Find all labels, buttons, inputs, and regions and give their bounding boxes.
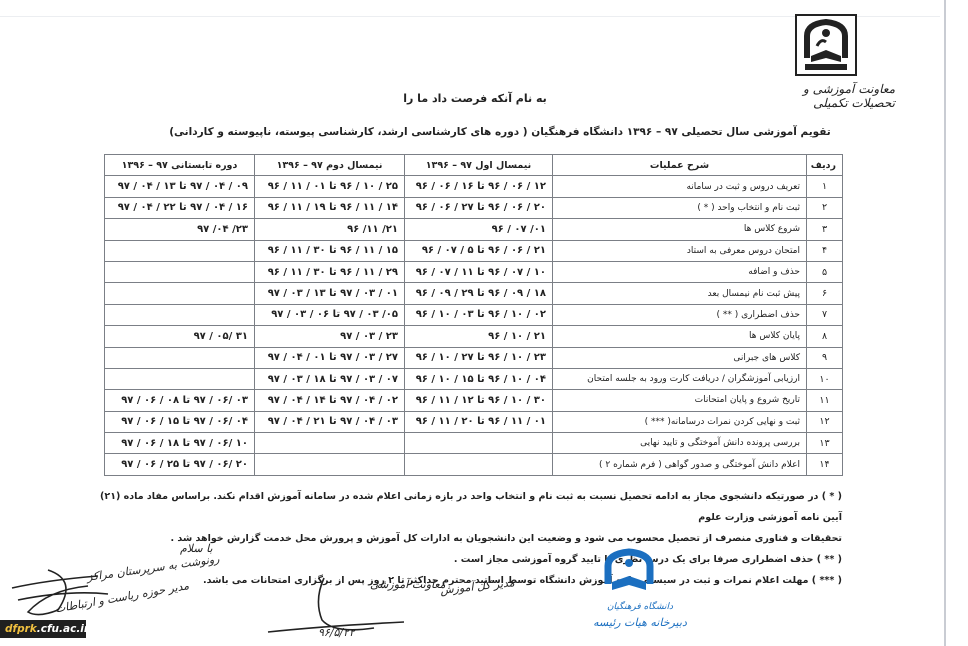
semester-1-date: ۰۴ / ۱۰ / ۹۶ تا ۱۵ / ۱۰ / ۹۶	[405, 368, 553, 389]
row-description: پایان کلاس ها	[553, 326, 807, 347]
invocation-heading: به نام آنکه فرصت داد ما را	[340, 92, 610, 105]
stamp-line-2: دبیرخانه هیات رئیسه	[585, 615, 695, 630]
department-caption: معاونت آموزشی و تحصیلات تکمیلی	[760, 82, 895, 110]
header-summer-term: دوره تابستانی ۹۷ – ۱۳۹۶	[105, 155, 255, 176]
table-row: ۱۰ ارزیابی آموزشگران / دریافت کارت ورود …	[105, 368, 843, 389]
summer-date	[105, 304, 255, 325]
signature-name-middle: معاونت آموزشی	[370, 578, 446, 591]
row-number: ۳	[807, 219, 843, 240]
header-semester-1: نیمسال اول ۹۷ – ۱۳۹۶	[405, 155, 553, 176]
footnote-1-line-1: ( * ) در صورتیکه دانشجوی مجاز به ادامه ت…	[100, 486, 842, 528]
row-number: ۴	[807, 240, 843, 261]
semester-2-date: ۲۷ / ۰۳ / ۹۷ تا ۰۱ / ۰۴ / ۹۷	[255, 347, 405, 368]
watermark-part-1: dfprk	[5, 623, 37, 635]
row-description: اعلام دانش آموختگی و صدور گواهی ( فرم شم…	[553, 454, 807, 475]
watermark-part-2: .cfu.ac.ir	[37, 623, 89, 635]
table-row: ۳ شروع کلاس ها ۰۱/ ۰۷ / ۹۶ ۲۱/ ۱۱/ ۹۶ ۲۳…	[105, 219, 843, 240]
stamp-line-1: دانشگاه فرهنگیان	[585, 600, 695, 615]
summer-date: ۱۶ / ۰۴ / ۹۷ تا ۲۲ / ۰۴ / ۹۷	[105, 197, 255, 218]
table-row: ۱۱ تاریخ شروع و پایان امتحانات ۳۰ / ۱۰ /…	[105, 390, 843, 411]
semester-1-date: ۲۰ / ۰۶ / ۹۶ تا ۲۷ / ۰۶ / ۹۶	[405, 197, 553, 218]
semester-2-date: ۰۲ / ۰۴ / ۹۷ تا ۱۴ / ۰۴ / ۹۷	[255, 390, 405, 411]
semester-2-date: ۱۵ / ۱۱ / ۹۶ تا ۳۰ / ۱۱ / ۹۶	[255, 240, 405, 261]
row-number: ۸	[807, 326, 843, 347]
table-row: ۱۲ ثبت و نهایی کردن نمرات درسامانه( *** …	[105, 411, 843, 432]
page-edge-rule	[944, 0, 946, 646]
semester-1-date: ۰۱/ ۰۷ / ۹۶	[405, 219, 553, 240]
semester-1-date: ۱۲ / ۰۶ / ۹۶ تا ۱۶ / ۰۶ / ۹۶	[405, 176, 553, 197]
semester-2-date: ۰۳ / ۰۴ / ۹۷ تا ۲۱ / ۰۴ / ۹۷	[255, 411, 405, 432]
summer-date: ۰۹ / ۰۴ / ۹۷ تا ۱۳ / ۰۴ / ۹۷	[105, 176, 255, 197]
university-logo	[795, 14, 857, 76]
row-number: ۱۲	[807, 411, 843, 432]
row-description: پیش ثبت نام نیمسال بعد	[553, 283, 807, 304]
site-watermark: dfprk.cfu.ac.ir	[0, 620, 86, 638]
summer-date	[105, 240, 255, 261]
header-description: شرح عملیات	[553, 155, 807, 176]
semester-1-date: ۲۳ / ۱۰ / ۹۶ تا ۲۷ / ۱۰ / ۹۶	[405, 347, 553, 368]
table-row: ۲ ثبت نام و انتخاب واحد ( * ) ۲۰ / ۰۶ / …	[105, 197, 843, 218]
row-description: امتحان دروس معرفی به استاد	[553, 240, 807, 261]
header-semester-2: نیمسال دوم ۹۷ – ۱۳۹۶	[255, 155, 405, 176]
table-row: ۴ امتحان دروس معرفی به استاد ۲۱ / ۰۶ / ۹…	[105, 240, 843, 261]
row-number: ۶	[807, 283, 843, 304]
row-number: ۱۳	[807, 433, 843, 454]
semester-1-date: ۲۱ / ۰۶ / ۹۶ تا ۵ / ۰۷ / ۹۶	[405, 240, 553, 261]
summer-date	[105, 347, 255, 368]
semester-1-date: ۰۱ / ۱۱ / ۹۶ تا ۲۰ / ۱۱ / ۹۶	[405, 411, 553, 432]
summer-date: ۱۰ /۰۶ / ۹۷ تا ۱۸ / ۰۶ / ۹۷	[105, 433, 255, 454]
logo-emblem-icon	[797, 16, 855, 74]
row-number: ۱۴	[807, 454, 843, 475]
summer-date	[105, 261, 255, 282]
summer-date: ۲۳/ ۰۴/ ۹۷	[105, 219, 255, 240]
semester-1-date: ۱۰ / ۰۷ / ۹۶ تا ۱۱ / ۰۷ / ۹۶	[405, 261, 553, 282]
row-description: ارزیابی آموزشگران / دریافت کارت ورود به …	[553, 368, 807, 389]
signature-scribble-left-icon	[8, 560, 118, 620]
table-header-row: ردیف شرح عملیات نیمسال اول ۹۷ – ۱۳۹۶ نیم…	[105, 155, 843, 176]
summer-date	[105, 283, 255, 304]
table-row: ۶ پیش ثبت نام نیمسال بعد ۱۸ / ۰۹ / ۹۶ تا…	[105, 283, 843, 304]
document-title: تقویم آموزشی سال تحصیلی ۹۷ – ۱۳۹۶ دانشگا…	[150, 126, 850, 138]
semester-2-date: ۲۵ / ۱۰ / ۹۶ تا ۰۱ / ۱۱ / ۹۶	[255, 176, 405, 197]
academic-calendar-table: ردیف شرح عملیات نیمسال اول ۹۷ – ۱۳۹۶ نیم…	[104, 154, 843, 476]
semester-1-date: ۳۰ / ۱۰ / ۹۶ تا ۱۲ / ۱۱ / ۹۶	[405, 390, 553, 411]
summer-date: ۳۱ /۰۵ / ۹۷	[105, 326, 255, 347]
signature-date: ۹۶/۵/۲۲	[318, 626, 355, 639]
table-row: ۱ تعریف دروس و ثبت در سامانه ۱۲ / ۰۶ / ۹…	[105, 176, 843, 197]
row-number: ۹	[807, 347, 843, 368]
summer-date: ۰۳ /۰۶ / ۹۷ تا ۰۸ / ۰۶ / ۹۷	[105, 390, 255, 411]
summer-date: ۰۴ /۰۶ / ۹۷ تا ۱۵ / ۰۶ / ۹۷	[105, 411, 255, 432]
table-row: ۷ حذف اضطراری ( ** ) ۰۲ / ۱۰ / ۹۶ تا ۰۳ …	[105, 304, 843, 325]
semester-2-date: ۱۴ / ۱۱ / ۹۶ تا ۱۹ / ۱۱ / ۹۶	[255, 197, 405, 218]
semester-1-date	[405, 433, 553, 454]
semester-2-date	[255, 433, 405, 454]
semester-2-date: ۲۱/ ۱۱/ ۹۶	[255, 219, 405, 240]
row-number: ۷	[807, 304, 843, 325]
semester-2-date: ۰۵/ ۰۳ / ۹۷ تا ۰۶ / ۰۳ / ۹۷	[255, 304, 405, 325]
row-description: حذف اضطراری ( ** )	[553, 304, 807, 325]
row-number: ۱	[807, 176, 843, 197]
semester-1-date: ۰۲ / ۱۰ / ۹۶ تا ۰۳ / ۱۰ / ۹۶	[405, 304, 553, 325]
row-number: ۱۰	[807, 368, 843, 389]
stamp-label: دانشگاه فرهنگیان دبیرخانه هیات رئیسه	[585, 600, 695, 630]
table-row: ۱۴ اعلام دانش آموختگی و صدور گواهی ( فرم…	[105, 454, 843, 475]
row-description: حذف و اضافه	[553, 261, 807, 282]
table-row: ۱۳ بررسی پرونده دانش آموختگی و تایید نها…	[105, 433, 843, 454]
summer-date: ۲۰ /۰۶ / ۹۷ تا ۲۵ / ۰۶ / ۹۷	[105, 454, 255, 475]
semester-2-date	[255, 454, 405, 475]
semester-1-date: ۱۸ / ۰۹ / ۹۶ تا ۲۹ / ۰۹ / ۹۶	[405, 283, 553, 304]
row-description: شروع کلاس ها	[553, 219, 807, 240]
footnotes: ( * ) در صورتیکه دانشجوی مجاز به ادامه ت…	[100, 486, 842, 591]
semester-2-date: ۰۱ / ۰۳ / ۹۷ تا ۱۳ / ۰۳ / ۹۷	[255, 283, 405, 304]
semester-2-date: ۰۷ / ۰۳ / ۹۷ تا ۱۸ / ۰۳ / ۹۷	[255, 368, 405, 389]
semester-1-date: ۲۱ / ۱۰ / ۹۶	[405, 326, 553, 347]
summer-date	[105, 368, 255, 389]
header-row-number: ردیف	[807, 155, 843, 176]
university-stamp-icon	[600, 548, 658, 598]
row-number: ۲	[807, 197, 843, 218]
table-row: ۹ کلاس های جبرانی ۲۳ / ۱۰ / ۹۶ تا ۲۷ / ۱…	[105, 347, 843, 368]
row-description: کلاس های جبرانی	[553, 347, 807, 368]
row-description: ثبت و نهایی کردن نمرات درسامانه( *** )	[553, 411, 807, 432]
row-description: تعریف دروس و ثبت در سامانه	[553, 176, 807, 197]
row-description: ثبت نام و انتخاب واحد ( * )	[553, 197, 807, 218]
semester-1-date	[405, 454, 553, 475]
table-row: ۸ پایان کلاس ها ۲۱ / ۱۰ / ۹۶ ۲۳ / ۰۳ / ۹…	[105, 326, 843, 347]
semester-2-date: ۲۹ / ۱۱ / ۹۶ تا ۳۰ / ۱۱ / ۹۶	[255, 261, 405, 282]
row-number: ۵	[807, 261, 843, 282]
row-description: تاریخ شروع و پایان امتحانات	[553, 390, 807, 411]
row-description: بررسی پرونده دانش آموختگی و تایید نهایی	[553, 433, 807, 454]
row-number: ۱۱	[807, 390, 843, 411]
semester-2-date: ۲۳ / ۰۳ / ۹۷	[255, 326, 405, 347]
table-row: ۵ حذف و اضافه ۱۰ / ۰۷ / ۹۶ تا ۱۱ / ۰۷ / …	[105, 261, 843, 282]
